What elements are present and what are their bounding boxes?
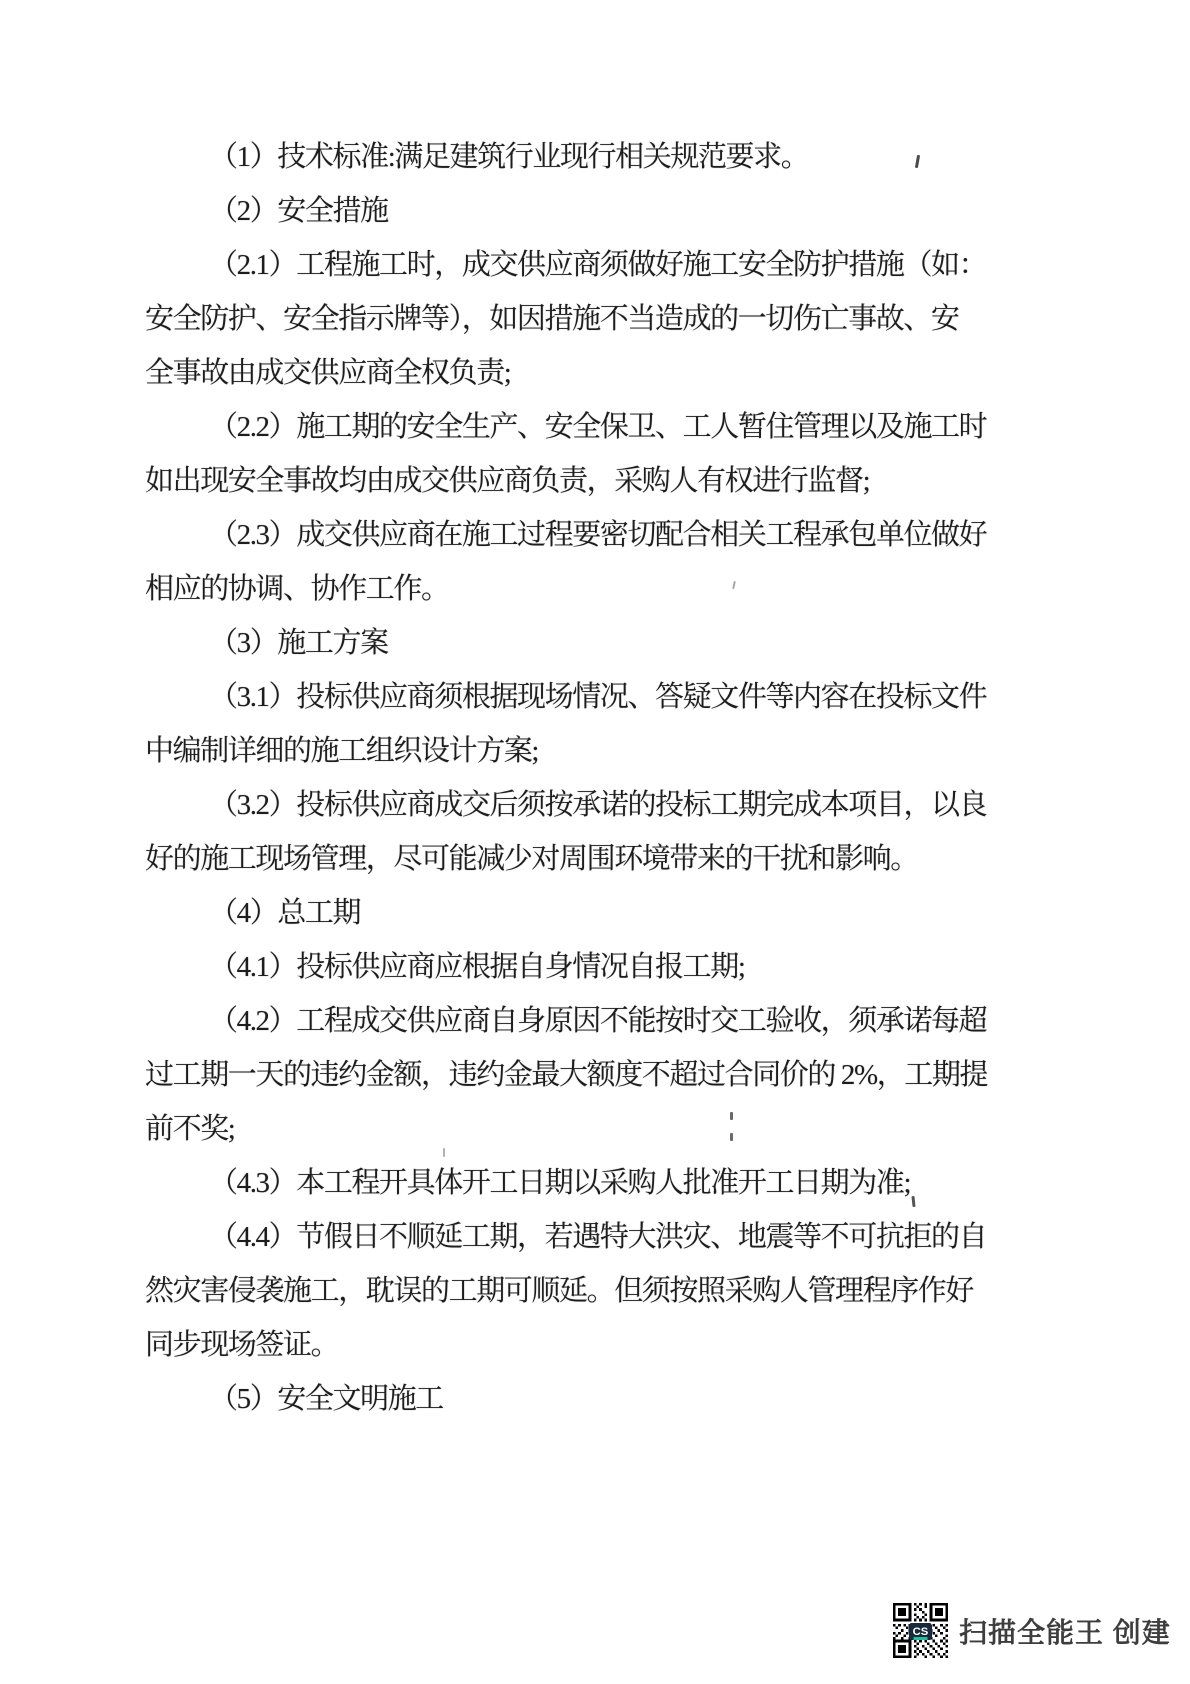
text-line: （2）安全措施 [145,184,969,238]
text-line: 同步现场签证。 [145,1318,969,1372]
scanned-document-page: （1）技术标准:满足建筑行业现行相关规范要求。 （2）安全措施 （2.1）工程施… [0,0,1190,1684]
text-line: （2.3）成交供应商在施工过程要密切配合相关工程承包单位做好 [145,508,969,562]
watermark-label: 扫描全能王 创建 [959,1611,1171,1651]
text-line: （4.3）本工程开具体开工日期以采购人批准开工日期为准; [145,1156,969,1210]
text-line: （4.2）工程成交供应商自身原因不能按时交工验收，须承诺每超 [145,994,969,1048]
camscanner-badge: CS [909,1623,932,1640]
text-line: （3）施工方案 [145,616,969,670]
text-line: 前不奖; [145,1102,969,1156]
scan-speck [730,1133,733,1141]
text-line: （3.2）投标供应商成交后须按承诺的投标工期完成本项目，以良 [145,778,969,832]
camscanner-watermark: CS 扫描全能王 创建 [893,1603,1171,1658]
text-line: （1）技术标准:满足建筑行业现行相关规范要求。 [145,130,969,184]
text-line: （3.1）投标供应商须根据现场情况、答疑文件等内容在投标文件 [145,670,969,724]
text-line: 如出现安全事故均由成交供应商负责，采购人有权进行监督; [145,454,969,508]
text-line: 相应的协调、协作工作。 [145,562,969,616]
scan-speck [443,1148,445,1157]
qr-code-icon: CS [893,1603,948,1658]
text-line: （4）总工期 [145,886,969,940]
text-line: 然灾害侵袭施工，耽误的工期可顺延。但须按照采购人管理程序作好 [145,1264,969,1318]
text-line: （2.2）施工期的安全生产、安全保卫、工人暂住管理以及施工时 [145,400,969,454]
text-line: 好的施工现场管理，尽可能减少对周围环境带来的干扰和影响。 [145,832,969,886]
text-line: （4.1）投标供应商应根据自身情况自报工期; [145,940,969,994]
text-line: （4.4）节假日不顺延工期，若遇特大洪灾、地震等不可抗拒的自 [145,1210,969,1264]
qr-cs-badge-label: CS [913,1626,929,1638]
text-line: （2.1）工程施工时，成交供应商须做好施工安全防护措施（如： [145,238,969,292]
text-line: 过工期一天的违约金额，违约金最大额度不超过合同价的 2%，工期提 [145,1048,969,1102]
text-line: （5）安全文明施工 [145,1372,969,1426]
text-line: 全事故由成交供应商全权负责; [145,346,969,400]
scan-speck [730,1112,733,1120]
text-line: 安全防护、安全指示牌等），如因措施不当造成的一切伤亡事故、安 [145,292,969,346]
text-line: 中编制详细的施工组织设计方案; [145,724,969,778]
document-text-block: （1）技术标准:满足建筑行业现行相关规范要求。 （2）安全措施 （2.1）工程施… [145,130,969,1426]
